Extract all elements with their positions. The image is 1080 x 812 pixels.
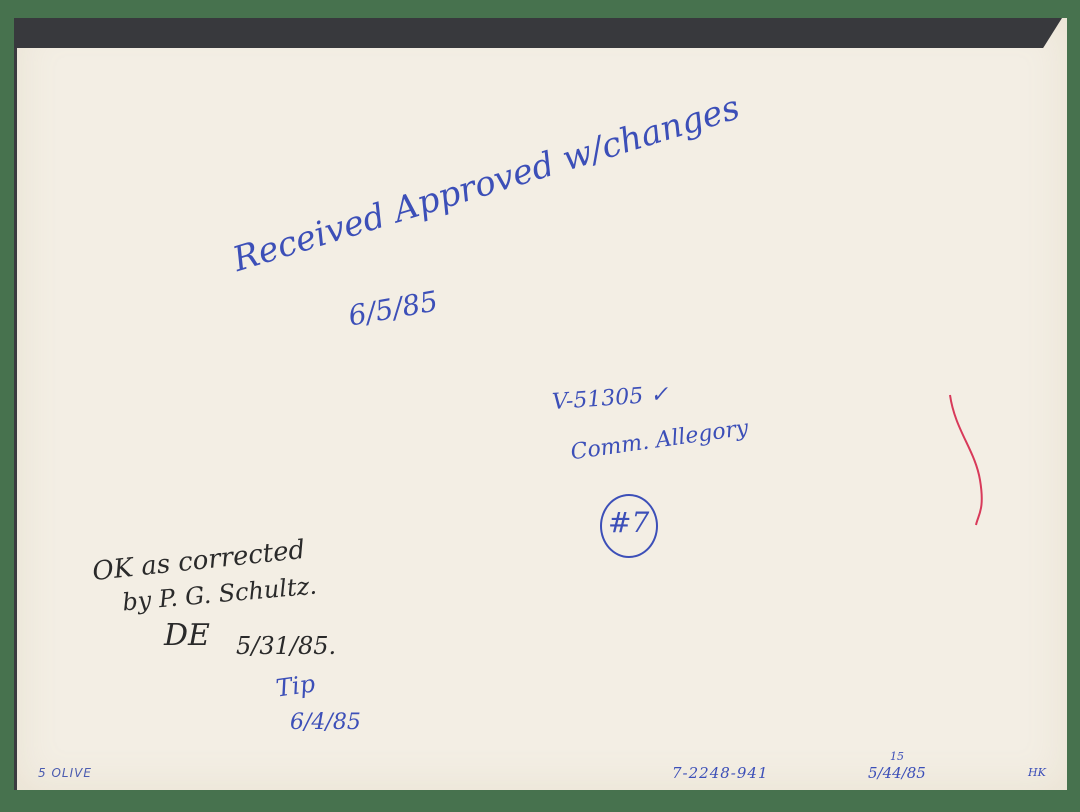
footer-left-note: 5 OLIVE bbox=[38, 766, 92, 780]
footer-date: 5/44/85 bbox=[868, 764, 926, 782]
footer-right-initials: HK bbox=[1028, 766, 1046, 779]
footer-code: 7-2248-941 bbox=[672, 764, 768, 782]
red-margin-stroke bbox=[0, 0, 1080, 812]
footer-date-superscript: 15 bbox=[890, 750, 904, 763]
